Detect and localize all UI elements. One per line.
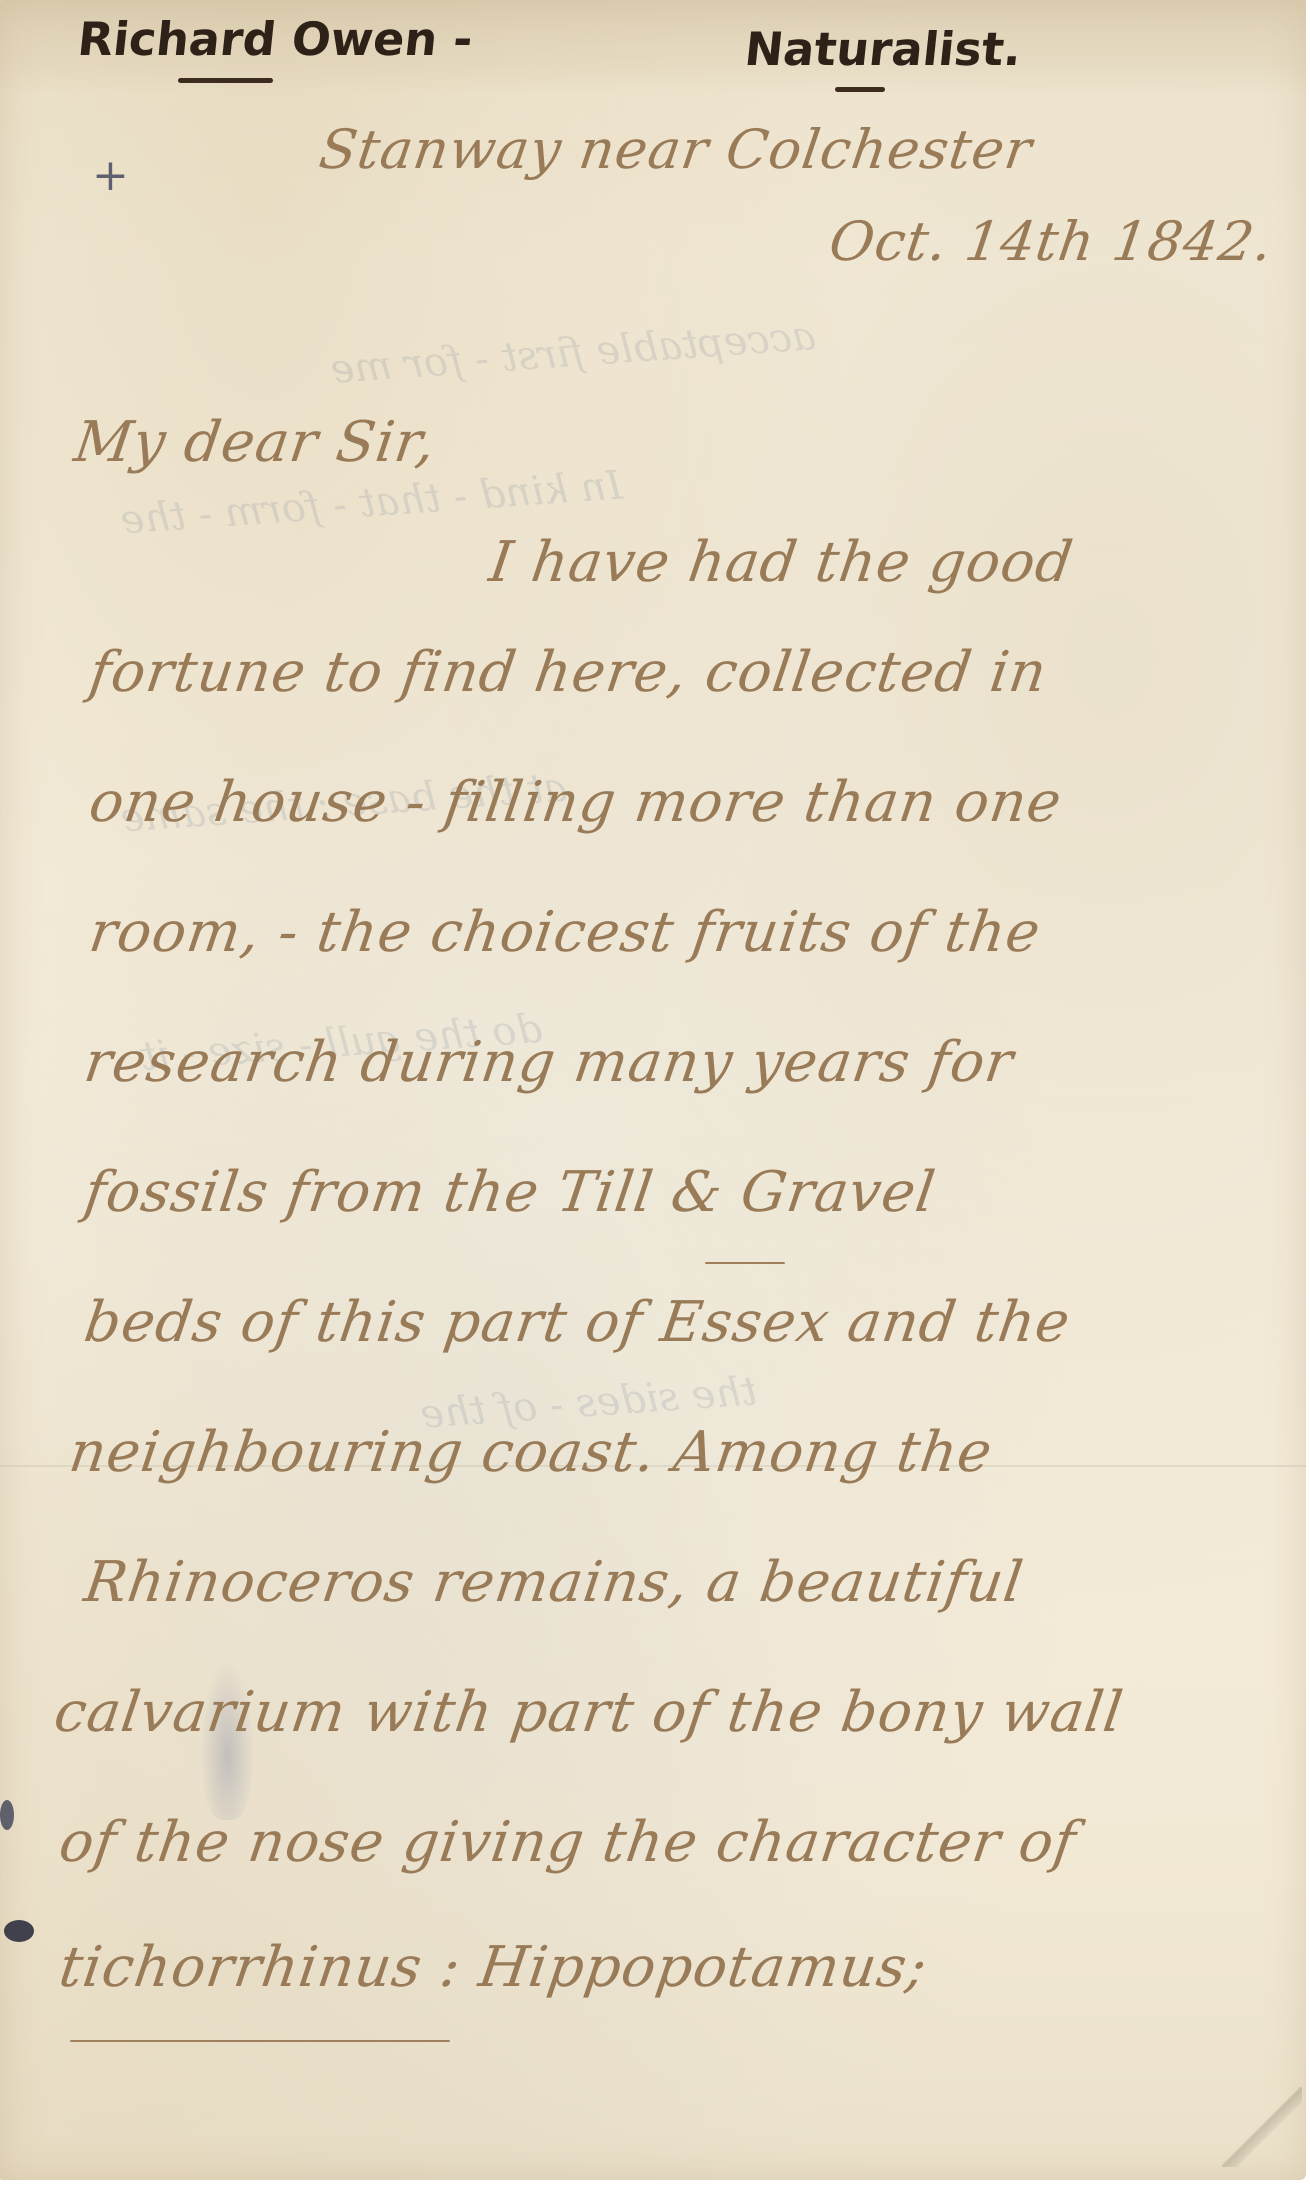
ink-blot (0, 1800, 14, 1830)
salutation: My dear Sir, (70, 410, 440, 475)
till-underline (705, 1262, 785, 1264)
corner-crease (1222, 2087, 1302, 2167)
body-line: I have had the good (485, 530, 1077, 595)
body-line: beds of this part of Essex and the (80, 1290, 1074, 1355)
letter-date: Oct. 14th 1842. (826, 210, 1277, 273)
author-name: Richard Owen - (75, 12, 475, 66)
body-line: calvarium with part of the bony wall (50, 1680, 1127, 1745)
address-place: Stanway near Colchester (316, 118, 1037, 181)
tichorrhinus-underline (70, 2040, 450, 2042)
body-line: fortune to find here, collected in (85, 640, 1051, 705)
body-line: tichorrhinus : Hippopotamus; (55, 1935, 931, 2000)
occupation-label: Naturalist. (742, 22, 1024, 76)
body-line: room, - the choicest fruits of the (85, 900, 1044, 965)
body-line: research during many years for (80, 1030, 1017, 1095)
body-line: one house - filling more than one (85, 770, 1065, 835)
body-line: neighbouring coast. Among the (65, 1420, 996, 1485)
body-line: of the nose giving the character of (55, 1810, 1080, 1875)
occupation-underline (835, 87, 885, 92)
letter-page: acceptable first - for me In kind - that… (0, 0, 1306, 2180)
margin-mark: + (92, 150, 129, 201)
body-line: Rhinoceros remains, a beautiful (80, 1550, 1027, 1615)
bleed-through-text: acceptable first - for me (329, 313, 817, 393)
body-line: fossils from the Till & Gravel (80, 1160, 939, 1225)
ink-blot (4, 1920, 34, 1942)
author-underline (178, 78, 273, 83)
